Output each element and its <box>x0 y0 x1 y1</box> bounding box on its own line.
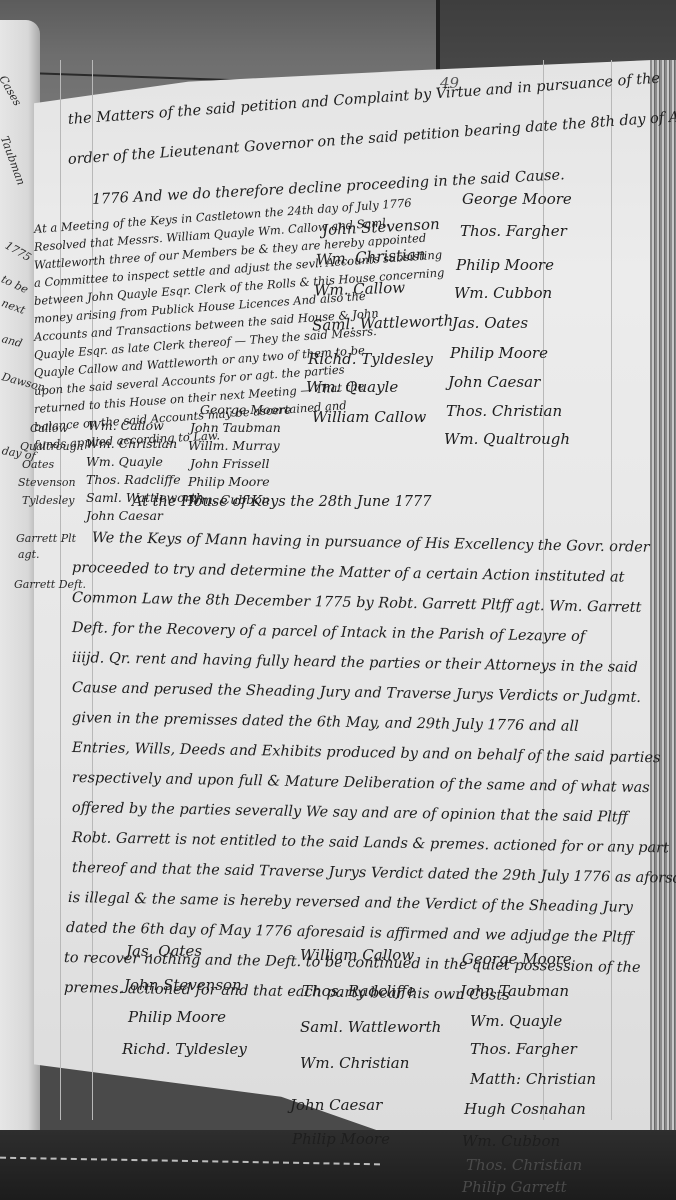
signature: Thos. Christian <box>466 1156 582 1174</box>
margin-fragment: agt. <box>18 548 40 561</box>
margin-fragment: Garrett Deft. <box>14 578 86 591</box>
signature: John Stevenson <box>124 976 242 994</box>
margin-fragment: Stevenson <box>18 476 76 489</box>
signature: Jas. Oates <box>452 314 528 332</box>
signature: Wm. Qualtrough <box>444 430 570 448</box>
signature: Wm. Christian <box>300 1054 409 1072</box>
margin-fragment: Tyldesley <box>22 494 75 507</box>
minute-signature: John Caesar <box>86 508 163 523</box>
signature: Philip Garrett <box>462 1178 567 1196</box>
signature: Thos. Fargher <box>460 222 567 240</box>
margin-fragment: Garrett Plt <box>16 532 76 545</box>
margin-fragment: Qualtrough <box>20 440 84 453</box>
signature: Saml. Wattleworth <box>300 1018 441 1036</box>
minute-signature: Wm. Christian <box>86 436 177 451</box>
signature: Thos. Christian <box>446 402 562 420</box>
signature: Jas. Oates <box>126 942 202 960</box>
minute-signature: Philip Moore <box>188 474 270 489</box>
signature: William Callow <box>300 946 414 964</box>
page-edges <box>650 60 676 1160</box>
minute-signature: Wm. Quayle <box>86 454 163 469</box>
minute-signature: Thos. Radcliffe <box>86 472 181 487</box>
minute-signature: Willm. Murray <box>188 438 280 453</box>
margin-fragment: Oates <box>22 458 54 471</box>
signature: Thos. Fargher <box>470 1040 577 1058</box>
signature: Philip Moore <box>450 344 548 362</box>
signature: Wm. Cubbon <box>454 284 552 302</box>
signature: John Caesar <box>290 1096 382 1114</box>
signature: Wm. Cubbon <box>462 1132 560 1150</box>
signature: John Taubman <box>460 982 569 1000</box>
signature: Richd. Tyldesley <box>122 1040 247 1058</box>
signature: Wm. Quayle <box>470 1012 562 1030</box>
minute-signature: George Moore <box>200 402 291 417</box>
cloth-stitching <box>0 1157 380 1166</box>
margin-fragment: Callow <box>30 422 68 435</box>
signature: Matth: Christian <box>470 1070 596 1088</box>
signature: Philip Moore <box>292 1130 390 1148</box>
signature: Hugh Cosnahan <box>464 1100 586 1118</box>
signature: George Moore <box>462 950 572 968</box>
minute-signature: Wm. Callow <box>88 418 164 433</box>
signature: John Caesar <box>448 373 540 391</box>
signature: Philip Moore <box>128 1008 226 1026</box>
signature: Philip Moore <box>456 256 554 274</box>
signature: Thos. Radcliffe <box>302 982 416 1000</box>
session-heading: At the House of Keys the 28th June 1777 <box>132 494 432 510</box>
signature: George Moore <box>462 190 572 208</box>
minute-signature: John Frissell <box>190 456 269 471</box>
minute-signature: John Taubman <box>190 420 281 435</box>
